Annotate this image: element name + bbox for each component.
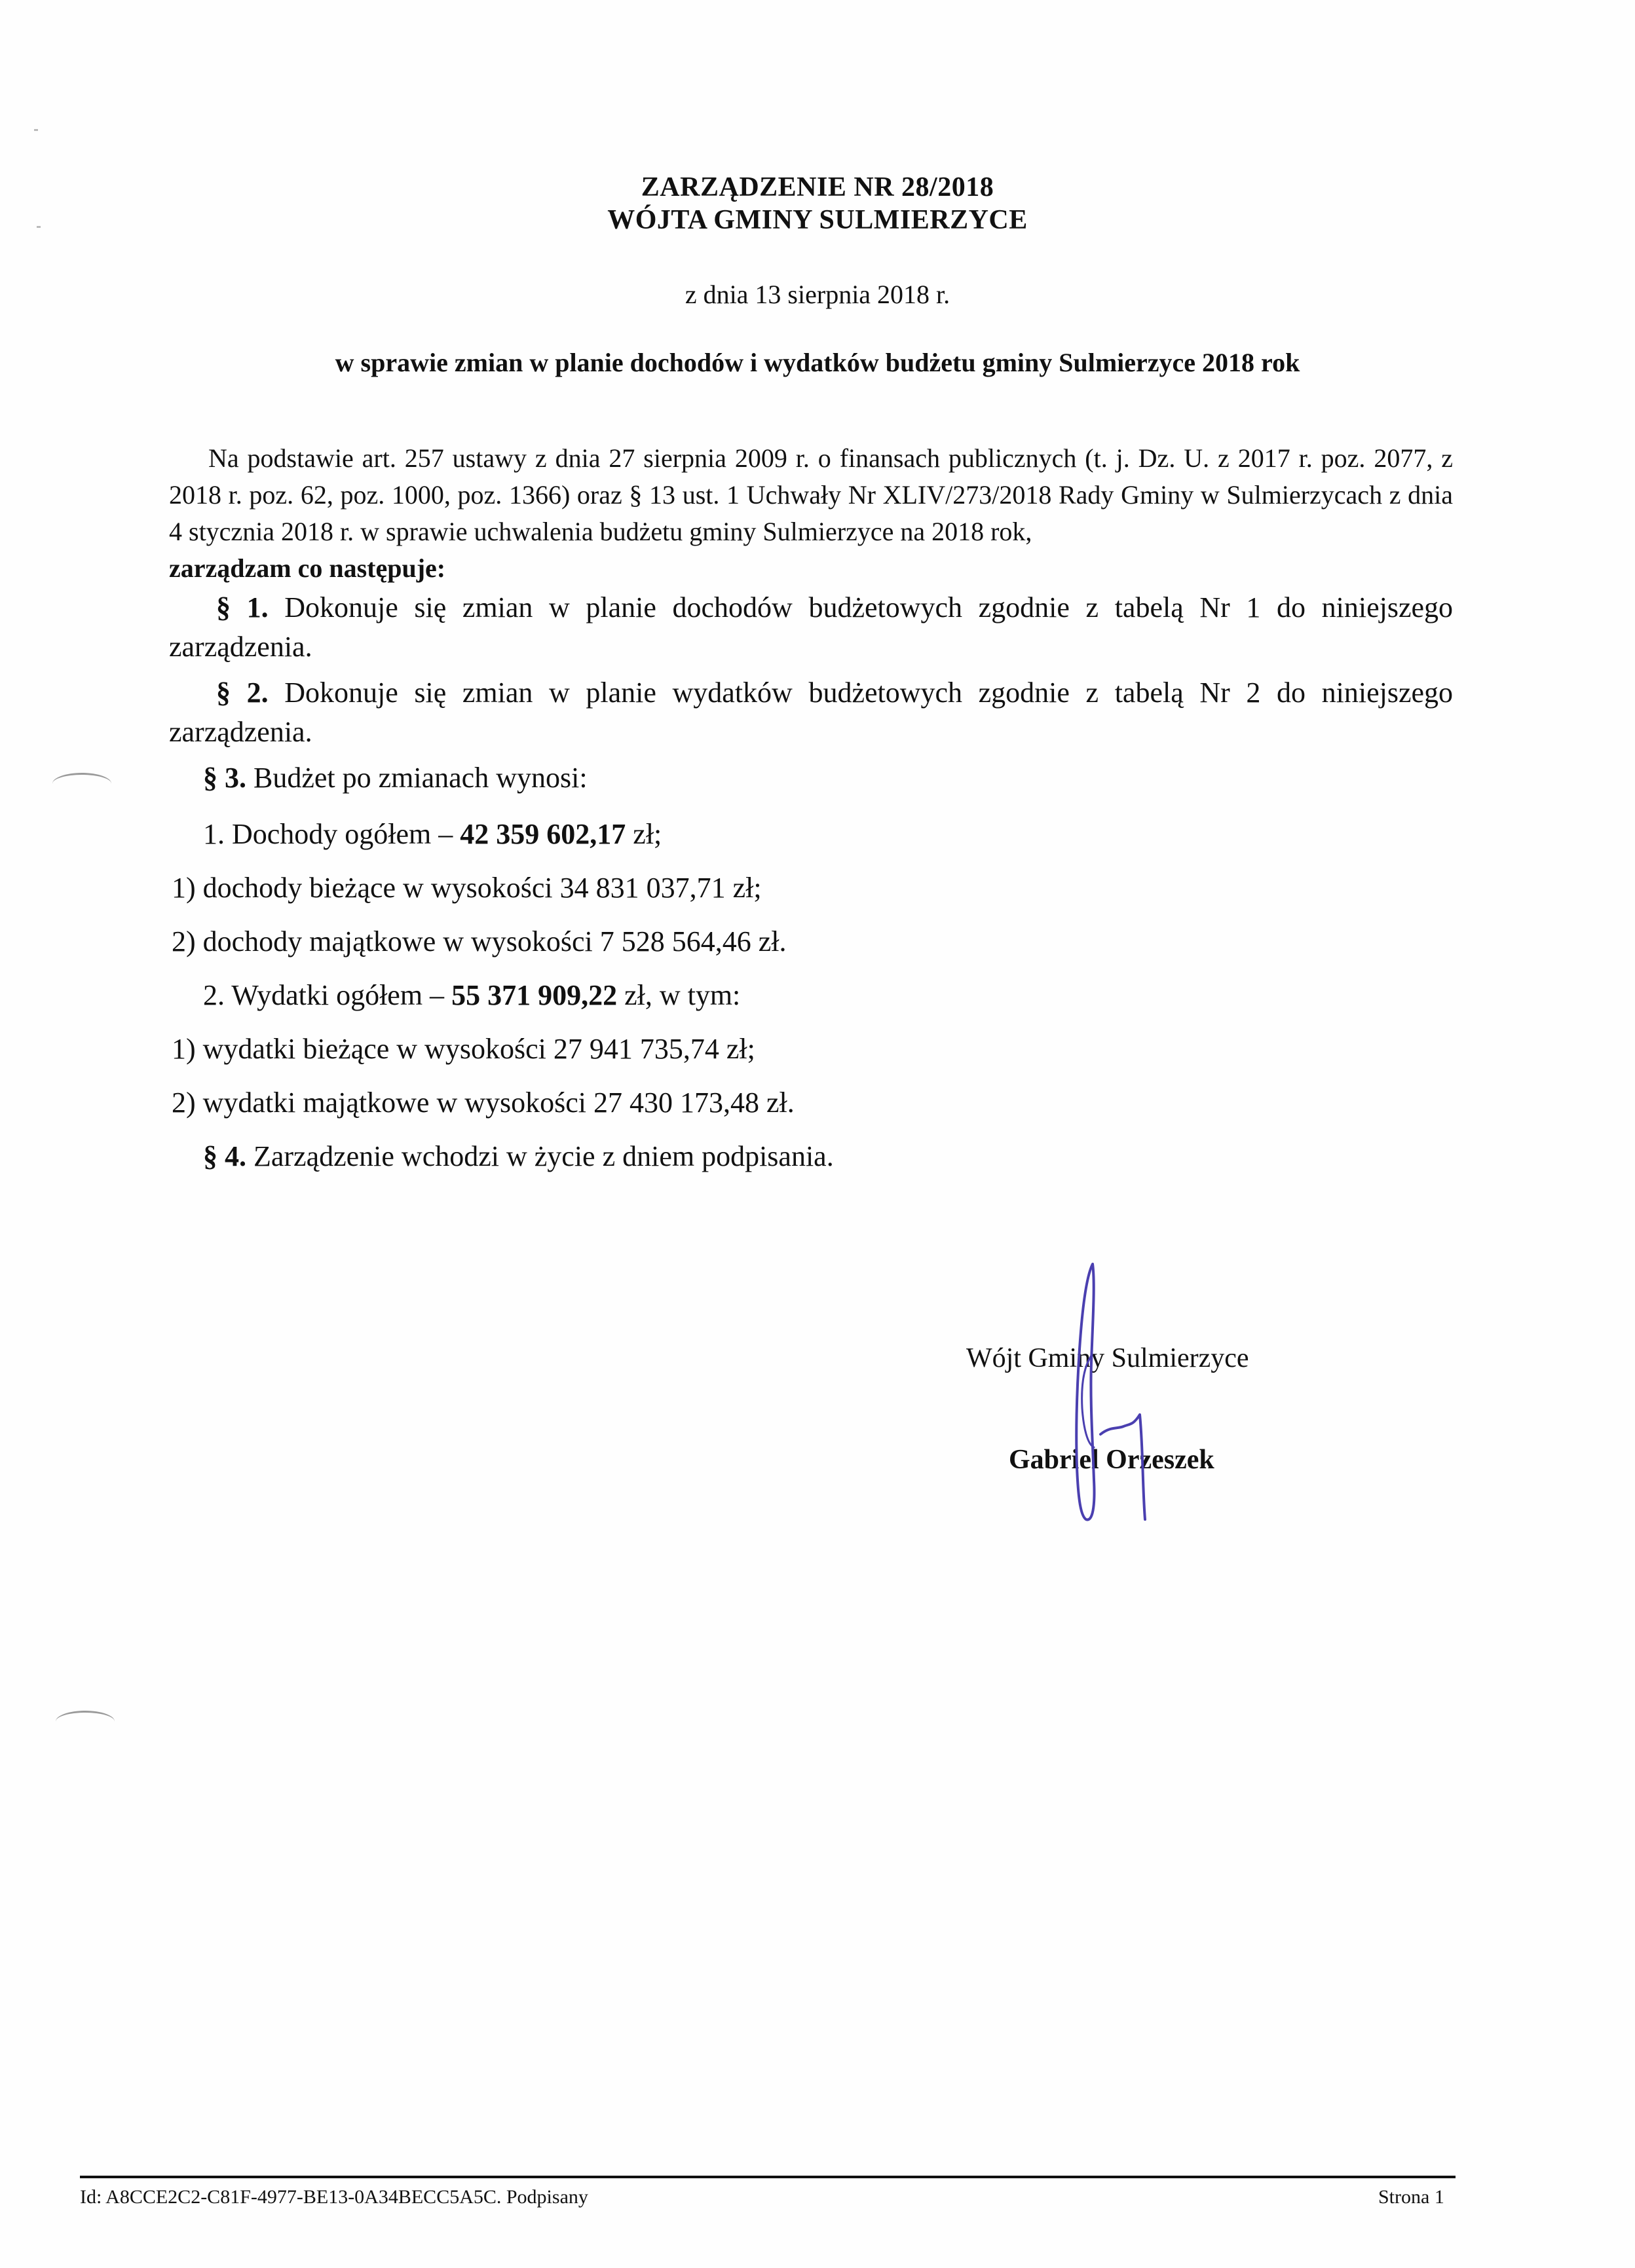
paragraph-mark: § 2. [216, 677, 269, 709]
paragraph-text: Zarządzenie wchodzi w życie z dniem podp… [254, 1140, 834, 1172]
expenses-total-line: 2. Wydatki ogółem – 55 371 909,22 zł, w … [203, 978, 740, 1012]
paragraph-mark: § 3. [203, 762, 246, 794]
document-id: Id: A8CCE2C2-C81F-4977-BE13-0A34BECC5A5C… [80, 2186, 588, 2208]
paragraph-mark: § 1. [216, 591, 269, 623]
paragraph-3: § 3. Budżet po zmianach wynosi: [203, 761, 588, 794]
paragraph-4: § 4. Zarządzenie wchodzi w życie z dniem… [203, 1140, 834, 1173]
paragraph-mark: § 4. [203, 1140, 246, 1172]
document-title: ZARZĄDZENIE NR 28/2018 [0, 172, 1635, 203]
paragraph-text: Dokonuje się zmian w planie dochodów bud… [169, 591, 1453, 663]
income-total: 42 359 602,17 [460, 818, 626, 850]
expenses-item-property: 2) wydatki majątkowe w wysokości 27 430 … [172, 1086, 795, 1119]
income-label: 1. Dochody ogółem – [203, 818, 460, 850]
income-item-property: 2) dochody majątkowe w wysokości 7 528 5… [172, 925, 787, 958]
expenses-item-current: 1) wydatki bieżące w wysokości 27 941 73… [172, 1032, 755, 1066]
punch-hole-mark [56, 1711, 115, 1732]
paragraph-text: Dokonuje się zmian w planie wydatków bud… [169, 677, 1453, 748]
document-issuer: WÓJTA GMINY SULMIERZYCE [0, 204, 1635, 236]
preamble: Na podstawie art. 257 ustawy z dnia 27 s… [169, 440, 1453, 587]
punch-hole-mark [52, 773, 111, 794]
income-item-current: 1) dochody bieżące w wysokości 34 831 03… [172, 871, 762, 904]
footer-divider [80, 2176, 1456, 2178]
scan-mark [34, 129, 38, 131]
income-total-line: 1. Dochody ogółem – 42 359 602,17 zł; [203, 817, 662, 851]
document-page: ZARZĄDZENIE NR 28/2018 WÓJTA GMINY SULMI… [0, 0, 1635, 2268]
expenses-label: 2. Wydatki ogółem – [203, 979, 451, 1011]
page-number: Strona 1 [1378, 2186, 1444, 2208]
preamble-closing: zarządzam co następuje: [169, 550, 1453, 587]
document-date: z dnia 13 sierpnia 2018 r. [0, 279, 1635, 310]
document-subject: w sprawie zmian w planie dochodów i wyda… [0, 347, 1635, 378]
paragraph-2: § 2. Dokonuje się zmian w planie wydatkó… [169, 673, 1453, 752]
paragraph-1: § 1. Dokonuje się zmian w planie dochodó… [169, 588, 1453, 667]
paragraph-text: Budżet po zmianach wynosi: [254, 762, 588, 794]
preamble-text: Na podstawie art. 257 ustawy z dnia 27 s… [169, 440, 1453, 550]
expenses-total: 55 371 909,22 [451, 979, 617, 1011]
expenses-suffix: zł, w tym: [617, 979, 740, 1011]
income-suffix: zł; [626, 818, 662, 850]
handwritten-signature [1022, 1257, 1192, 1533]
